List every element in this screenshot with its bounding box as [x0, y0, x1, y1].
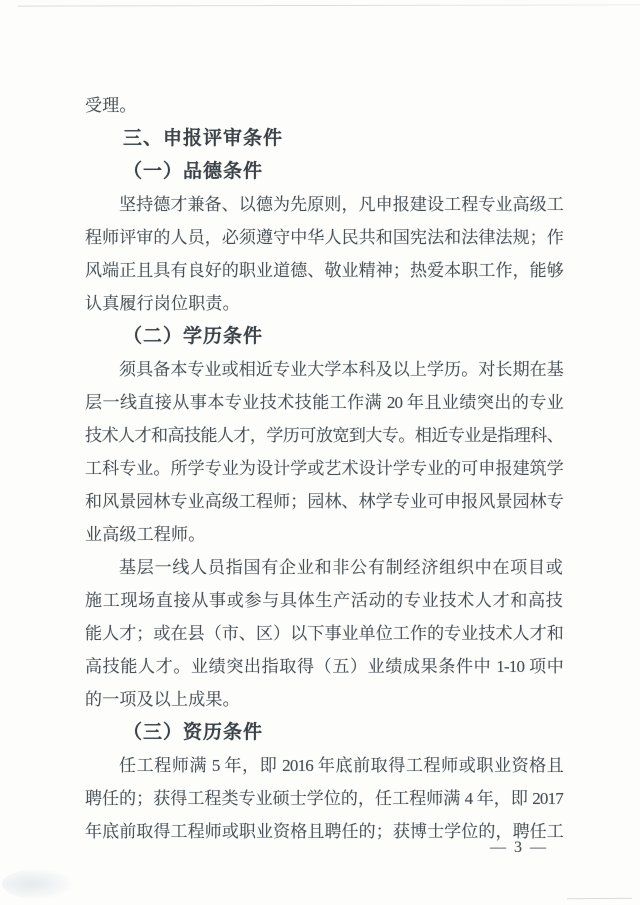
- text-line: 基层一线人员指国有企业和非公有制经济组织中在项目或: [85, 551, 563, 584]
- section-heading-3: 三、申报评审条件: [85, 122, 563, 155]
- subheading-3-seniority-conditions: （三）资历条件: [85, 716, 563, 749]
- text-line: 认真履行岗位职责。: [85, 287, 563, 320]
- text-line: 须具备本专业或相近专业大学本科及以上学历。对长期在基: [85, 353, 563, 386]
- text-line-continuation: 受理。: [85, 89, 563, 122]
- scan-top-edge-line: [18, 4, 640, 6]
- text-line: 业高级工程师。: [85, 518, 563, 551]
- text-line: 风端正且具有良好的职业道德、敬业精神；热爱本职工作，能够: [85, 254, 563, 287]
- scan-smudge-artifact: [2, 869, 72, 899]
- subheading-1-moral-conditions: （一）品德条件: [85, 155, 563, 188]
- document-body: 受理。 三、申报评审条件 （一）品德条件 坚持德才兼备、以德为先原则，凡申报建设…: [85, 89, 563, 848]
- scanned-document-page: 受理。 三、申报评审条件 （一）品德条件 坚持德才兼备、以德为先原则，凡申报建设…: [0, 0, 640, 905]
- page-number: — 3 —: [490, 836, 548, 860]
- text-line: 任工程师满 5 年，即 2016 年底前取得工程师或职业资格且: [85, 749, 563, 782]
- scan-line-artifact: [567, 898, 632, 899]
- text-line: 层一线直接从事本专业技术技能工作满 20 年且业绩突出的专业: [85, 386, 563, 419]
- subheading-2-education-conditions: （二）学历条件: [85, 320, 563, 353]
- text-line: 聘任的；获得工程类专业硕士学位的，任工程师满 4 年，即 2017: [85, 782, 563, 815]
- text-line: 的一项及以上成果。: [85, 683, 563, 716]
- text-line: 能人才；或在县（市、区）以下事业单位工作的专业技术人才和: [85, 617, 563, 650]
- text-line: 工科专业。所学专业为设计学或艺术设计学专业的可申报建筑学: [85, 452, 563, 485]
- text-line: 施工现场直接从事或参与具体生产活动的专业技术人才和高技: [85, 584, 563, 617]
- text-line: 坚持德才兼备、以德为先原则，凡申报建设工程专业高级工: [85, 188, 563, 221]
- text-line: 高技能人才。业绩突出指取得（五）业绩成果条件中 1-10 项中: [85, 650, 563, 683]
- text-line: 技术人才和高技能人才，学历可放宽到大专。相近专业是指理科、: [85, 419, 563, 452]
- text-line: 程师评审的人员，必须遵守中华人民共和国宪法和法律法规；作: [85, 221, 563, 254]
- text-line: 和风景园林专业高级工程师；园林、林学专业可申报风景园林专: [85, 485, 563, 518]
